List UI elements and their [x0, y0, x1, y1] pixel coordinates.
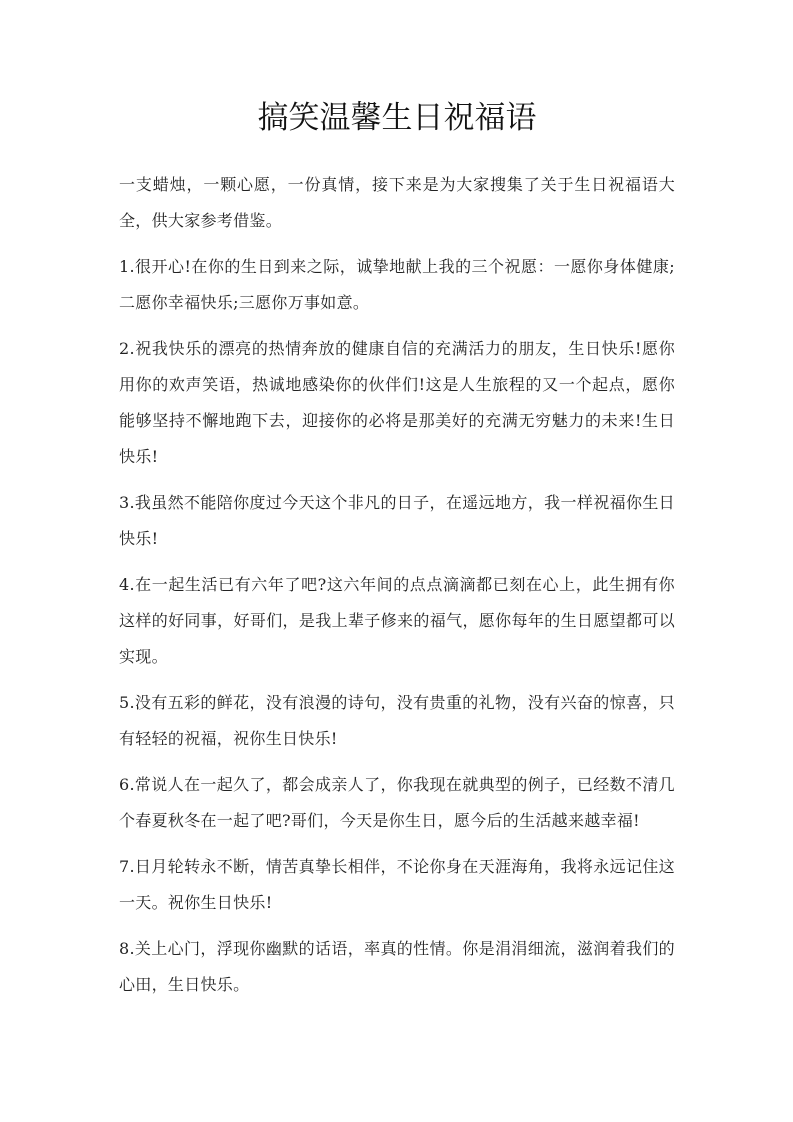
wish-item-5: 5.没有五彩的鲜花，没有浪漫的诗句，没有贵重的礼物，没有兴奋的惊喜，只有轻轻的祝… [119, 685, 675, 757]
intro-paragraph: 一支蜡烛，一颗心愿，一份真情，接下来是为大家搜集了关于生日祝福语大全，供大家参考… [119, 167, 675, 239]
document-title: 搞笑温馨生日祝福语 [119, 96, 675, 140]
wish-item-4: 4.在一起生活已有六年了吧?这六年间的点点滴滴都已刻在心上，此生拥有你这样的好同… [119, 567, 675, 675]
wish-item-1: 1.很开心!在你的生日到来之际，诚挚地献上我的三个祝愿：一愿你身体健康;二愿你幸… [119, 249, 675, 321]
wish-item-8: 8.关上心门，浮现你幽默的话语，率真的性情。你是涓涓细流，滋润着我们的心田，生日… [119, 931, 675, 1003]
wish-item-3: 3.我虽然不能陪你度过今天这个非凡的日子，在遥远地方，我一样祝福你生日快乐! [119, 485, 675, 557]
wish-item-6: 6.常说人在一起久了，都会成亲人了，你我现在就典型的例子，已经数不清几个春夏秋冬… [119, 767, 675, 839]
document-body: 一支蜡烛，一颗心愿，一份真情，接下来是为大家搜集了关于生日祝福语大全，供大家参考… [119, 167, 675, 1013]
wish-item-2: 2.祝我快乐的漂亮的热情奔放的健康自信的充满活力的朋友，生日快乐!愿你用你的欢声… [119, 331, 675, 475]
wish-item-7: 7.日月轮转永不断，情苦真挚长相伴，不论你身在天涯海角，我将永远记住这一天。祝你… [119, 849, 675, 921]
